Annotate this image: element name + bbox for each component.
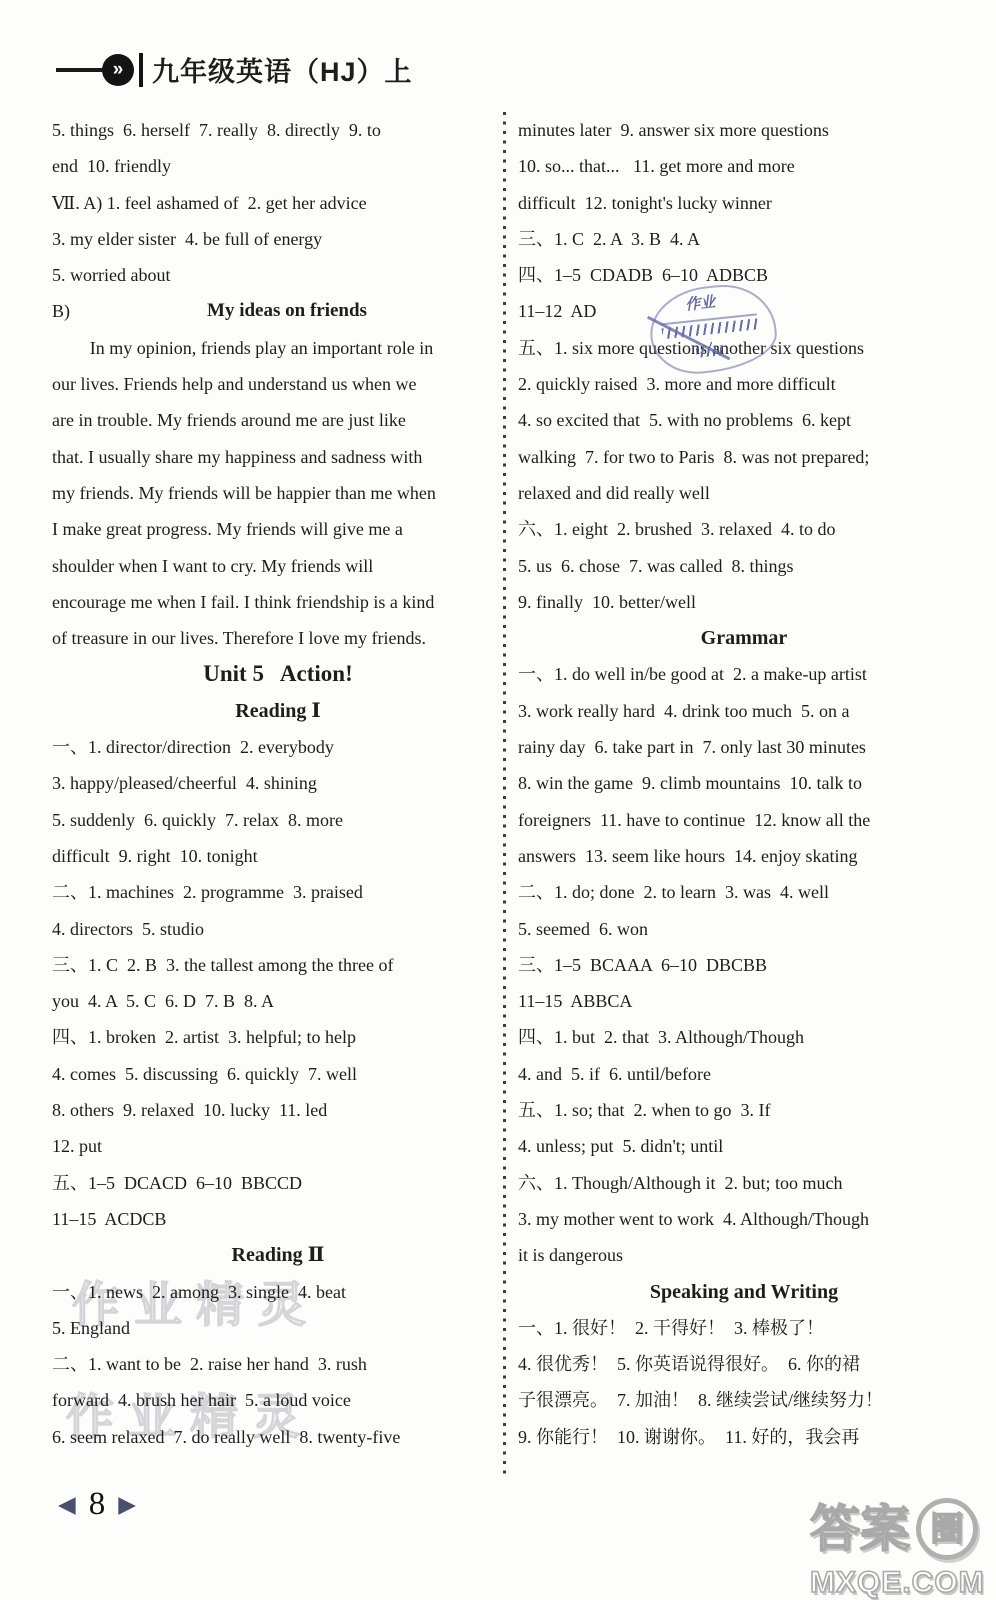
answer-line: 5. us 6. chose 7. was called 8. things [518, 548, 970, 584]
answer-line: 子很漂亮。 7. 加油！ 8. 继续尝试/继续努力！ [518, 1382, 970, 1418]
answer-line: shoulder when I want to cry. My friends … [52, 548, 504, 584]
answer-line: 8. others 9. relaxed 10. lucky 11. led [52, 1092, 504, 1128]
logo-glyph: » [113, 59, 124, 81]
answer-line: 5. worried about [52, 257, 504, 293]
section-heading: Grammar [518, 620, 970, 656]
site-watermark: 答案 圈 MXQE.COM [810, 1498, 985, 1600]
book-title: 九年级英语（HJ）上 [152, 50, 413, 89]
answer-line: 一、1. director/direction 2. everybody [52, 729, 504, 765]
page-number: 8 [89, 1486, 106, 1523]
answer-line: encourage me when I fail. I think friend… [52, 584, 504, 620]
answer-line: 3. my mother went to work 4. Although/Th… [518, 1201, 970, 1237]
page-header: » 九年级英语（HJ）上 [56, 50, 413, 89]
answer-line: 4. directors 5. studio [52, 911, 504, 947]
list-part-label: B) [52, 293, 70, 329]
answer-line: 12. put [52, 1128, 504, 1164]
handwritten-blue-note: 作业 [646, 280, 780, 379]
answer-line: 3. my elder sister 4. be full of energy [52, 221, 504, 257]
answer-line: walking 7. for two to Paris 8. was not p… [518, 439, 970, 475]
answer-line: B)My ideas on friends [52, 293, 504, 329]
answer-line: difficult 12. tonight's lucky winner [518, 185, 970, 221]
answer-line: that. I usually share my happiness and s… [52, 439, 504, 475]
answer-line: 三、1–5 BCAAA 6–10 DBCBB [518, 947, 970, 983]
answer-line: 4. comes 5. discussing 6. quickly 7. wel… [52, 1056, 504, 1092]
answer-line: 9. 你能行！ 10. 谢谢你。 11. 好的，我会再 [518, 1419, 970, 1455]
header-rule [56, 68, 104, 72]
answer-line: 五、1–5 DCACD 6–10 BBCCD [52, 1165, 504, 1201]
answer-line: 5. things 6. herself 7. really 8. direct… [52, 112, 504, 148]
answer-line: 二、1. machines 2. programme 3. praised [52, 874, 504, 910]
answer-line: 六、1. eight 2. brushed 3. relaxed 4. to d… [518, 511, 970, 547]
answer-line: 11–15 ACDCB [52, 1201, 504, 1237]
essay-title: My ideas on friends [70, 293, 504, 329]
answer-line: 4. unless; put 5. didn't; until [518, 1128, 970, 1164]
section-heading: Reading Ⅰ [52, 693, 504, 729]
answer-line: 2. quickly raised 3. more and more diffi… [518, 366, 970, 402]
answer-line: 5. seemed 6. won [518, 911, 970, 947]
answer-line: 六、1. Though/Although it 2. but; too much [518, 1165, 970, 1201]
answer-line: minutes later 9. answer six more questio… [518, 112, 970, 148]
section-heading: Reading Ⅱ [52, 1237, 504, 1273]
answer-line: 8. win the game 9. climb mountains 10. t… [518, 765, 970, 801]
section-heading: Speaking and Writing [518, 1274, 970, 1310]
answer-line: 5. suddenly 6. quickly 7. relax 8. more [52, 802, 504, 838]
answer-line: forward 4. brush her hair 5. a loud voic… [52, 1382, 504, 1418]
header-divider-bar [139, 53, 143, 87]
answer-line: 3. work really hard 4. drink too much 5.… [518, 693, 970, 729]
watermark-logo-text: 答案 [810, 1501, 910, 1557]
answer-line: 4. and 5. if 6. until/before [518, 1056, 970, 1092]
answer-line: 一、1. news 2. among 3. single 4. beat [52, 1274, 504, 1310]
answer-line: my friends. My friends will be happier t… [52, 475, 504, 511]
answer-line: 3. happy/pleased/cheerful 4. shining [52, 765, 504, 801]
answer-line: 三、1. C 2. A 3. B 4. A [518, 221, 970, 257]
answer-line: 10. so... that... 11. get more and more [518, 148, 970, 184]
play-arrows-logo-icon: » [102, 54, 134, 86]
answer-line: 二、1. want to be 2. raise her hand 3. rus… [52, 1346, 504, 1382]
section-heading: Unit 5 Action! [52, 656, 504, 692]
answer-line: 四、1. but 2. that 3. Although/Though [518, 1019, 970, 1055]
answer-line: 四、1. broken 2. artist 3. helpful; to hel… [52, 1019, 504, 1055]
watermark-logo-row: 答案 圈 [810, 1498, 985, 1560]
answer-line: 一、1. 很好！ 2. 干得好！ 3. 棒极了！ [518, 1310, 970, 1346]
answer-line: I make great progress. My friends will g… [52, 511, 504, 547]
answer-line: 五、1. so; that 2. when to go 3. If [518, 1092, 970, 1128]
answer-line: 6. seem relaxed 7. do really well 8. twe… [52, 1419, 504, 1455]
note-text: 作业 [684, 291, 716, 315]
answer-line: you 4. A 5. C 6. D 7. B 8. A [52, 983, 504, 1019]
answer-line: are in trouble. My friends around me are… [52, 402, 504, 438]
watermark-site-url: MXQE.COM [810, 1566, 985, 1600]
answer-line: answers 13. seem like hours 14. enjoy sk… [518, 838, 970, 874]
answer-line: 一、1. do well in/be good at 2. a make-up … [518, 656, 970, 692]
answer-line: rainy day 6. take part in 7. only last 3… [518, 729, 970, 765]
answer-line: Ⅶ. A) 1. feel ashamed of 2. get her advi… [52, 185, 504, 221]
answer-line: foreigners 11. have to continue 12. know… [518, 802, 970, 838]
answer-line: In my opinion, friends play an important… [52, 330, 504, 366]
page-number-footer: ◀ 8 ▶ [58, 1486, 136, 1523]
prev-page-arrow-icon: ◀ [58, 1492, 76, 1518]
answer-line: 11–15 ABBCA [518, 983, 970, 1019]
watermark-circle-char: 圈 [931, 1501, 964, 1557]
answer-line: 4. 很优秀！ 5. 你英语说得很好。 6. 你的裙 [518, 1346, 970, 1382]
left-column: 5. things 6. herself 7. really 8. direct… [52, 112, 504, 1455]
answer-line: difficult 9. right 10. tonight [52, 838, 504, 874]
answer-line: 9. finally 10. better/well [518, 584, 970, 620]
answer-line: relaxed and did really well [518, 475, 970, 511]
scanned-answer-page: » 九年级英语（HJ）上 作业精灵 作业精灵 5. things 6. hers… [0, 0, 996, 1600]
answer-line: of treasure in our lives. Therefore I lo… [52, 620, 504, 656]
answer-line: 三、1. C 2. B 3. the tallest among the thr… [52, 947, 504, 983]
answer-line: 5. England [52, 1310, 504, 1346]
answer-line: 4. so excited that 5. with no problems 6… [518, 402, 970, 438]
answer-line: end 10. friendly [52, 148, 504, 184]
answer-line: our lives. Friends help and understand u… [52, 366, 504, 402]
watermark-circle-badge: 圈 [916, 1498, 978, 1560]
answer-line: it is dangerous [518, 1237, 970, 1273]
next-page-arrow-icon: ▶ [118, 1492, 136, 1518]
answer-line: 二、1. do; done 2. to learn 3. was 4. well [518, 874, 970, 910]
